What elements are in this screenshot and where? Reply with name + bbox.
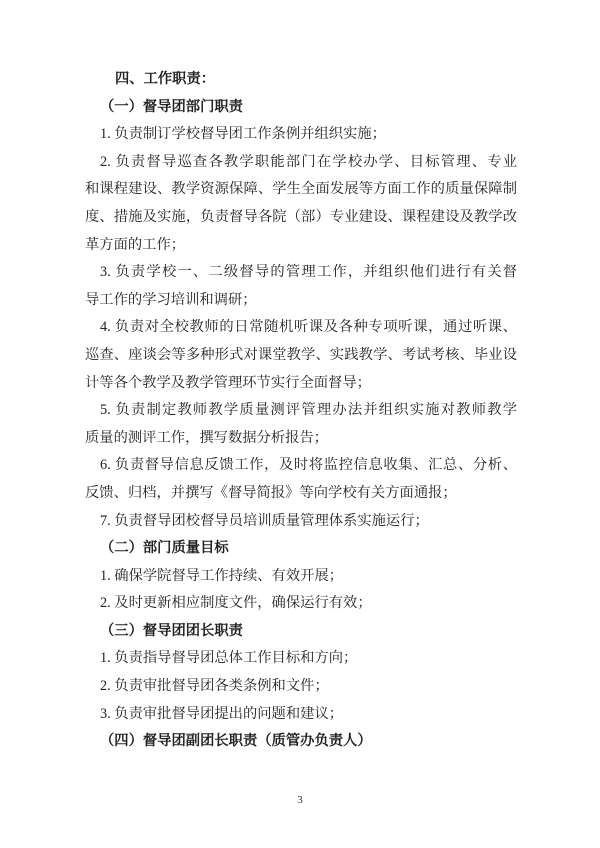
text-line: 5. 负责制定教师教学质量测评管理办法并组织实施对教师教学 xyxy=(85,397,517,425)
paragraph: 1. 确保学院督导工作持续、有效开展； xyxy=(85,563,517,591)
text-line: 2. 负责督导巡查各教学职能部门在学校办学、目标管理、专业 xyxy=(85,149,517,177)
text-line: 质量的测评工作，撰写数据分析报告； xyxy=(85,425,517,453)
paragraph: 5. 负责制定教师教学质量测评管理办法并组织实施对教师教学质量的测评工作，撰写数… xyxy=(85,397,517,452)
paragraph: 4. 负责对全校教师的日常随机听课及各种专项听课，通过听课、巡查、座谈会等多种形… xyxy=(85,314,517,397)
text-line: 1. 负责制订学校督导团工作条例并组织实施； xyxy=(85,121,517,149)
paragraph: 2. 及时更新相应制度文件，确保运行有效； xyxy=(85,590,517,618)
text-line: 2. 及时更新相应制度文件，确保运行有效； xyxy=(85,590,517,618)
section-heading: （三）督导团团长职责 xyxy=(85,618,517,646)
paragraph: 1. 负责指导督导团总体工作目标和方向； xyxy=(85,645,517,673)
section-heading: （四）督导团副团长职责（质管办负责人） xyxy=(85,728,517,756)
paragraph: 3. 负责学校一、二级督导的管理工作，并组织他们进行有关督导工作的学习培训和调研… xyxy=(85,259,517,314)
document-content: 四、工作职责：（一）督导团部门职责1. 负责制订学校督导团工作条例并组织实施；2… xyxy=(85,66,517,756)
document-page: 四、工作职责：（一）督导团部门职责1. 负责制订学校督导团工作条例并组织实施；2… xyxy=(0,0,600,848)
paragraph: 2. 负责审批督导团各类条例和文件； xyxy=(85,673,517,701)
text-line: 革方面的工作； xyxy=(85,232,517,260)
paragraph: 1. 负责制订学校督导团工作条例并组织实施； xyxy=(85,121,517,149)
text-line: 6. 负责督导信息反馈工作，及时将监控信息收集、汇总、分析、 xyxy=(85,452,517,480)
paragraph: 6. 负责督导信息反馈工作，及时将监控信息收集、汇总、分析、反馈、归档，并撰写《… xyxy=(85,452,517,507)
text-line: 导工作的学习培训和调研； xyxy=(85,287,517,315)
paragraph: 2. 负责督导巡查各教学职能部门在学校办学、目标管理、专业和课程建设、教学资源保… xyxy=(85,149,517,259)
document-title: 四、工作职责： xyxy=(85,66,517,94)
text-line: 7. 负责督导团校督导员培训质量管理体系实施运行； xyxy=(85,508,517,536)
section-heading: （一）督导团部门职责 xyxy=(85,94,517,122)
text-line: 3. 负责审批督导团提出的问题和建议； xyxy=(85,701,517,729)
text-line: 度、措施及实施，负责督导各院（部）专业建设、课程建设及教学改 xyxy=(85,204,517,232)
text-line: 1. 确保学院督导工作持续、有效开展； xyxy=(85,563,517,591)
paragraph: 3. 负责审批督导团提出的问题和建议； xyxy=(85,701,517,729)
text-line: 和课程建设、教学资源保障、学生全面发展等方面工作的质量保障制 xyxy=(85,176,517,204)
page-number: 3 xyxy=(0,794,600,806)
text-line: 2. 负责审批督导团各类条例和文件； xyxy=(85,673,517,701)
text-line: 计等各个教学及教学管理环节实行全面督导； xyxy=(85,370,517,398)
text-line: 3. 负责学校一、二级督导的管理工作，并组织他们进行有关督 xyxy=(85,259,517,287)
text-line: 4. 负责对全校教师的日常随机听课及各种专项听课，通过听课、 xyxy=(85,314,517,342)
text-line: 1. 负责指导督导团总体工作目标和方向； xyxy=(85,645,517,673)
paragraph: 7. 负责督导团校督导员培训质量管理体系实施运行； xyxy=(85,508,517,536)
text-line: 巡查、座谈会等多种形式对课堂教学、实践教学、考试考核、毕业设 xyxy=(85,342,517,370)
text-line: 反馈、归档，并撰写《督导简报》等向学校有关方面通报； xyxy=(85,480,517,508)
section-heading: （二）部门质量目标 xyxy=(85,535,517,563)
